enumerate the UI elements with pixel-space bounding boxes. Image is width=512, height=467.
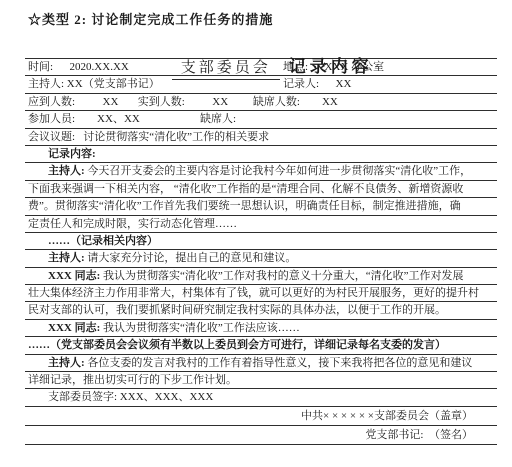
text-segment: 支部委员签字: XXX、XXX、XXX <box>48 391 213 403</box>
text-segment: 记录人: XX <box>283 76 351 93</box>
document-type-heading: ☆类型 2: 讨论制定完成工作任务的措施 <box>0 0 512 28</box>
row-note-record-related: ……（记录相关内容） <box>25 233 497 250</box>
text-segment: 主持人: XX（党支部书记） <box>28 78 160 90</box>
row-member-speech-1-line-3: 民对支部的认可，我们要抓紧时间研究制定我村实际的具体办法，以便于工作的开展。 <box>25 302 497 319</box>
text-segment: 主持人: <box>48 252 85 264</box>
row-host-speech-1-line-3: 费”。贯彻落实“清化收”工作首先我们要统一思想认识，明确责任目标，制定推进措施，… <box>25 198 497 215</box>
row-host-recorder: 主持人: XX（党支部书记）记录人: XX <box>25 76 497 93</box>
text-segment: 民对支部的认可，我们要抓紧时间研究制定我村实际的具体办法，以便于工作的开展。 <box>28 304 446 316</box>
row-member-speech-1-line-1: XXX 同志: 我认为贯彻落实“清化收”工作对我村的意义十分重大，“清化收”工作… <box>25 268 497 285</box>
row-member-speech-1-line-2: 壮大集体经济主力作用非常大，村集体有了钱，就可以更好的为村民开展服务，更好的提升… <box>25 285 497 302</box>
text-segment: ……（记录相关内容） <box>48 235 158 247</box>
text-segment: XXX 同志: <box>48 322 100 334</box>
record-form: 支部委员会记录内容 时间: 2020.XX.XX地点: XXX 办公室主持人: … <box>25 34 497 445</box>
text-segment: 请大家充分讨论，提出自己的意见和建议。 <box>85 252 297 264</box>
text-segment: 党支部书记: （签名） <box>365 429 473 441</box>
row-record-content-label: 记录内容: <box>25 146 497 163</box>
text-segment: 下面我来强调一下相关内容， “清化收”工作指的是“清理合同、化解不良债务、新增资… <box>28 183 463 195</box>
row-host-speech-3-line-2: 详细记录，推出切实可行的下步工作计划。 <box>25 372 497 389</box>
text-segment: 参加人员: XX、XX <box>28 113 140 125</box>
row-committee-seal: 中共× × × × × ×支部委员会（盖章） <box>25 407 497 426</box>
row-note-quorum: ……（党支部委员会会议须有半数以上委员到会方可进行，详细记录每名支委的发言） <box>25 337 497 354</box>
text-segment: 会议议题: 讨论贯彻落实“清化收”工作的相关要求 <box>28 131 269 143</box>
text-segment: 详细记录，推出切实可行的下步工作计划。 <box>28 374 237 386</box>
row-member-speech-2: XXX 同志: 我认为贯彻落实“清化收”工作法应该…… <box>25 320 497 337</box>
text-segment: 主持人: <box>48 165 85 177</box>
document-title: 支部委员会记录内容 <box>25 34 497 59</box>
row-host-speech-1-line-2: 下面我来强调一下相关内容， “清化收”工作指的是“清理合同、化解不良债务、新增资… <box>25 181 497 198</box>
row-meeting-topic: 会议议题: 讨论贯彻落实“清化收”工作的相关要求 <box>25 129 497 146</box>
scanned-meeting-record-document: ☆类型 2: 讨论制定完成工作任务的措施 支部委员会记录内容 时间: 2020.… <box>0 0 512 467</box>
text-segment: 中共× × × × × ×支部委员会（盖章） <box>301 410 473 422</box>
row-participants: 参加人员: XX、XX缺席人: <box>25 111 497 128</box>
row-host-speech-2: 主持人: 请大家充分讨论，提出自己的意见和建议。 <box>25 250 497 267</box>
text-segment: XXX 同志: <box>48 270 100 282</box>
row-host-speech-1-line-1: 主持人: 今天召开支委会的主要内容是讨论我村今年如何进一步贯彻落实“清化收”工作… <box>25 163 497 180</box>
row-host-speech-1-line-4: 定责任人和完成时限，实行动态化管理…… <box>25 216 497 233</box>
text-segment: 费”。贯彻落实“清化收”工作首先我们要统一思想认识，明确责任目标，制定推进措施，… <box>28 200 461 212</box>
text-segment: 我认为贯彻落实“清化收”工作对我村的意义十分重大，“清化收”工作对发展 <box>100 270 463 282</box>
text-segment: 主持人: <box>48 357 85 369</box>
text-segment: 应到人数: XX 实到人数: XX 缺席人数: XX <box>28 96 338 108</box>
text-segment: 我认为贯彻落实“清化收”工作法应该…… <box>100 322 300 334</box>
text-segment: 缺席人: <box>200 111 236 128</box>
row-time-location: 时间: 2020.XX.XX地点: XXX 办公室 <box>25 59 497 76</box>
row-committee-signatures: 支部委员签字: XXX、XXX、XXX <box>25 389 497 406</box>
text-segment: 定责任人和完成时限，实行动态化管理…… <box>28 218 237 230</box>
text-segment: ……（党支部委员会会议须有半数以上委员到会方可进行，详细记录每名支委的发言） <box>28 339 446 351</box>
text-segment: 地点: XXX 办公室 <box>283 59 384 76</box>
row-secretary-signature: 党支部书记: （签名） <box>25 426 497 445</box>
text-segment: 各位支委的发言对我村的工作有着指导性意义，接下来我将把各位的意见和建议 <box>85 357 473 369</box>
row-attendance-counts: 应到人数: XX 实到人数: XX 缺席人数: XX <box>25 94 497 111</box>
row-host-speech-3-line-1: 主持人: 各位支委的发言对我村的工作有着指导性意义，接下来我将把各位的意见和建议 <box>25 355 497 372</box>
text-segment: 壮大集体经济主力作用非常大，村集体有了钱，就可以更好的为村民开展服务，更好的提升… <box>28 287 479 299</box>
record-rows: 时间: 2020.XX.XX地点: XXX 办公室主持人: XX（党支部书记）记… <box>25 59 497 445</box>
text-segment: 记录内容: <box>48 148 96 160</box>
text-segment: 今天召开支委会的主要内容是讨论我村今年如何进一步贯彻落实“清化收”工作， <box>85 165 472 177</box>
text-segment: 时间: 2020.XX.XX <box>28 61 129 73</box>
